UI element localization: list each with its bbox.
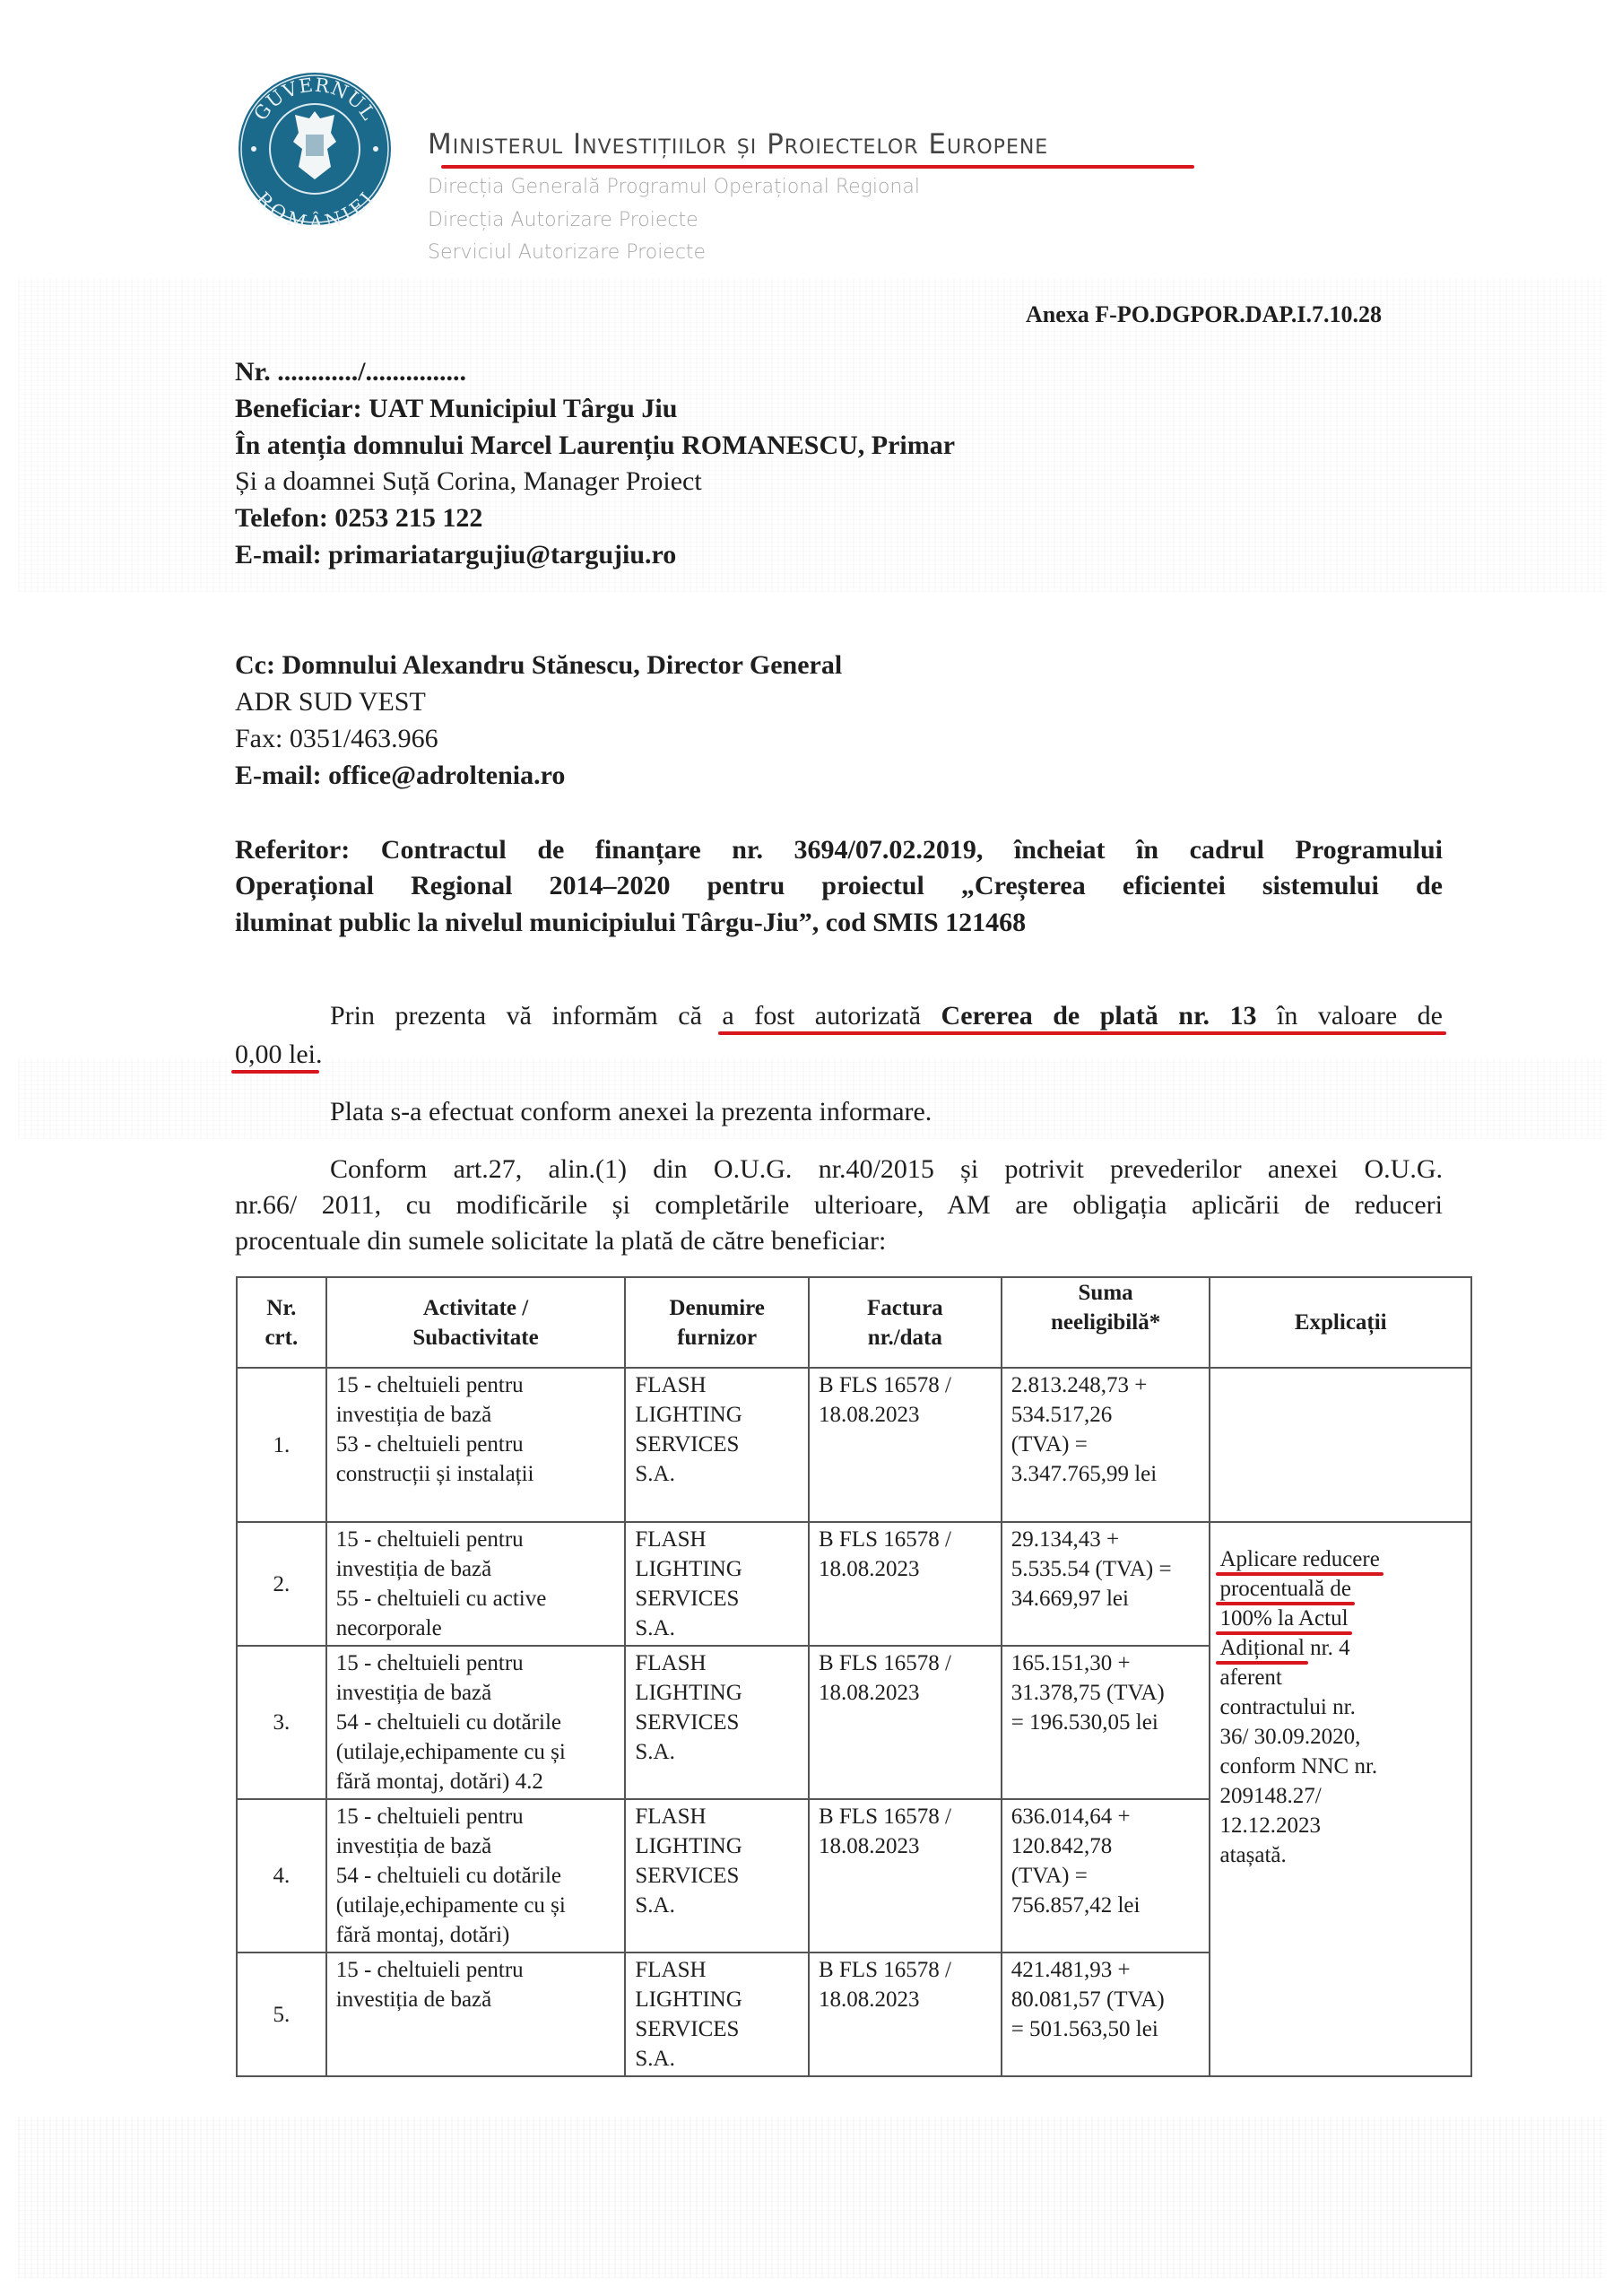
header-nr: Nr.crt. <box>237 1277 326 1368</box>
cell-text-line: = 501.563,50 lei <box>1011 2014 1201 2044</box>
cell-text-line: SERVICES <box>635 1584 799 1613</box>
attention-line: În atenția domnului Marcel Laurențiu ROM… <box>235 427 955 464</box>
ministry-name: Ministerul Investițiilor și Proiectelor … <box>428 128 1048 161</box>
cell-supplier: FLASHLIGHTINGSERVICESS.A. <box>625 1368 809 1522</box>
cell-supplier: FLASHLIGHTINGSERVICESS.A. <box>625 1646 809 1799</box>
cell-activity: 15 - cheltuieli pentruinvestiția de bază… <box>326 1368 626 1522</box>
cell-text-line: 5.535.54 (TVA) = <box>1011 1554 1201 1584</box>
cell-invoice: B FLS 16578 /18.08.2023 <box>809 1368 1002 1522</box>
cell-text-line: 756.857,42 lei <box>1011 1891 1201 1920</box>
cell-nr: 3. <box>237 1646 326 1799</box>
cc-line: Cc: Domnului Alexandru Stănescu, Directo… <box>235 647 842 683</box>
cell-amount: 636.014,64 +120.842,78(TVA) =756.857,42 … <box>1002 1799 1210 1952</box>
cell-text-line: S.A. <box>635 1613 799 1643</box>
reference-line-2: Operațional Regional 2014–2020 pentru pr… <box>235 868 1443 904</box>
reduction-paragraph-line-1: Conform art.27, alin.(1) din O.U.G. nr.4… <box>235 1152 1443 1187</box>
cell-text-line: 18.08.2023 <box>819 1678 992 1708</box>
cell-text-line: LIGHTING <box>635 1985 799 2014</box>
cell-text-line: B FLS 16578 / <box>819 1370 992 1400</box>
reductions-table: Nr.crt. Activitate /Subactivitate Denumi… <box>236 1276 1472 2077</box>
also-attention-line: Și a doamnei Suță Corina, Manager Proiec… <box>235 463 702 500</box>
header-supplier: Denumirefurnizor <box>625 1277 809 1368</box>
cell-text-line: 15 - cheltuieli pentru <box>336 1955 616 1985</box>
cell-text-line: atașată. <box>1219 1840 1462 1870</box>
reference-line-1: Referitor: Contractul de finanțare nr. 3… <box>235 832 1443 868</box>
cell-text-line: 54 - cheltuieli cu dotările <box>336 1708 616 1737</box>
cell-text-line: FLASH <box>635 1525 799 1554</box>
cell-activity: 15 - cheltuieli pentruinvestiția de bază… <box>326 1646 626 1799</box>
cell-nr: 5. <box>237 1952 326 2076</box>
cell-text-line: FLASH <box>635 1802 799 1831</box>
cell-text-line: investiția de bază <box>336 1985 616 2014</box>
cell-text-line: investiția de bază <box>336 1831 616 1861</box>
cell-activity: 15 - cheltuieli pentruinvestiția de bază… <box>326 1522 626 1646</box>
reference-line-3: iluminat public la nivelul municipiului … <box>235 905 1443 941</box>
cell-amount: 165.151,30 +31.378,75 (TVA)= 196.530,05 … <box>1002 1646 1210 1799</box>
scan-noise <box>18 2117 1605 2278</box>
cell-text-line: 15 - cheltuieli pentru <box>336 1802 616 1831</box>
directorate-general: Direcția Generală Programul Operațional … <box>428 176 920 198</box>
cell-text-line: 12.12.2023 <box>1219 1811 1462 1840</box>
payment-amount: 0,00 lei. <box>235 1036 323 1073</box>
cell-text-line: LIGHTING <box>635 1831 799 1861</box>
cell-text-line: SERVICES <box>635 1861 799 1891</box>
cell-text-line: fără montaj, dotări) <box>336 1920 616 1950</box>
document-number: Nr. ............/............... <box>235 353 466 390</box>
cell-text-line: (utilaje,echipamente cu și <box>336 1737 616 1767</box>
cell-nr: 1. <box>237 1368 326 1522</box>
explanation-line: Aplicare reducere <box>1219 1544 1462 1574</box>
cc-organization: ADR SUD VEST <box>235 683 426 720</box>
cell-text-line: 15 - cheltuieli pentru <box>336 1370 616 1400</box>
cell-amount: 2.813.248,73 +534.517,26(TVA) =3.347.765… <box>1002 1368 1210 1522</box>
explanation-line: Adițional nr. 4 <box>1219 1633 1462 1663</box>
directorate: Direcția Autorizare Proiecte <box>428 209 698 231</box>
cell-text-line: FLASH <box>635 1955 799 1985</box>
cell-supplier: FLASHLIGHTINGSERVICESS.A. <box>625 1522 809 1646</box>
cell-invoice: B FLS 16578 /18.08.2023 <box>809 1799 1002 1952</box>
cell-text-line: LIGHTING <box>635 1554 799 1584</box>
cell-text-line: construcții și instalații <box>336 1459 616 1489</box>
table-row: 2.15 - cheltuieli pentruinvestiția de ba… <box>237 1522 1471 1646</box>
explanation-line: 100% la Actul <box>1219 1604 1462 1633</box>
cell-text-line: 36/ 30.09.2020, <box>1219 1722 1462 1752</box>
cell-text-line: 31.378,75 (TVA) <box>1011 1678 1201 1708</box>
header-amount: Sumaneeligibilă* <box>1002 1277 1210 1368</box>
cell-text-line: B FLS 16578 / <box>819 1802 992 1831</box>
cell-text-line: 3.347.765,99 lei <box>1011 1459 1201 1489</box>
cell-text-line: FLASH <box>635 1370 799 1400</box>
cell-text-line: SERVICES <box>635 1708 799 1737</box>
annotation-underline <box>441 165 1194 169</box>
cell-text-line: 54 - cheltuieli cu dotările <box>336 1861 616 1891</box>
cell-text-line: 18.08.2023 <box>819 1554 992 1584</box>
cell-text-line: B FLS 16578 / <box>819 1648 992 1678</box>
payment-authorization-paragraph: Prin prezenta vă informăm că a fost auto… <box>235 998 1443 1034</box>
underlined-authorized: a fost autorizată Cererea de plată nr. 1… <box>722 1001 1443 1031</box>
cell-nr: 4. <box>237 1799 326 1952</box>
cell-text-line: SERVICES <box>635 1430 799 1459</box>
annex-code: Anexa F-PO.DGPOR.DAP.I.7.10.28 <box>1026 301 1382 328</box>
cell-amount: 29.134,43 +5.535.54 (TVA) =34.669,97 lei <box>1002 1522 1210 1646</box>
cell-invoice: B FLS 16578 /18.08.2023 <box>809 1522 1002 1646</box>
cell-text-line: 18.08.2023 <box>819 1400 992 1430</box>
cell-text-line: B FLS 16578 / <box>819 1525 992 1554</box>
explanation-line: procentuală de <box>1219 1574 1462 1604</box>
cell-text-line: (utilaje,echipamente cu și <box>336 1891 616 1920</box>
cell-text-line: B FLS 16578 / <box>819 1955 992 1985</box>
cell-text-line: 209148.27/ <box>1219 1781 1462 1811</box>
cell-text-line: S.A. <box>635 1737 799 1767</box>
header-activity: Activitate /Subactivitate <box>326 1277 626 1368</box>
cell-text-line: 120.842,78 <box>1011 1831 1201 1861</box>
cell-text-line: S.A. <box>635 1459 799 1489</box>
email[interactable]: E-mail: primariatargujiu@targujiu.ro <box>235 536 676 573</box>
cell-text-line: 18.08.2023 <box>819 1985 992 2014</box>
cell-text-line: 15 - cheltuieli pentru <box>336 1648 616 1678</box>
beneficiary: Beneficiar: UAT Municipiul Târgu Jiu <box>235 390 677 427</box>
cell-text-line: 53 - cheltuieli pentru <box>336 1430 616 1459</box>
cell-text-line: 534.517,26 <box>1011 1400 1201 1430</box>
cell-amount: 421.481,93 +80.081,57 (TVA)= 501.563,50 … <box>1002 1952 1210 2076</box>
cell-text-line: necorporale <box>336 1613 616 1643</box>
cell-explanation: Aplicare reducereprocentuală de100% la A… <box>1210 1522 1471 2076</box>
cell-supplier: FLASHLIGHTINGSERVICESS.A. <box>625 1952 809 2076</box>
cell-text-line: S.A. <box>635 1891 799 1920</box>
cell-text-line: LIGHTING <box>635 1400 799 1430</box>
cc-fax: Fax: 0351/463.966 <box>235 720 438 757</box>
cell-text-line: LIGHTING <box>635 1678 799 1708</box>
cell-text-line: 421.481,93 + <box>1011 1955 1201 1985</box>
cell-text-line: (TVA) = <box>1011 1430 1201 1459</box>
cell-activity: 15 - cheltuieli pentruinvestiția de bază… <box>326 1799 626 1952</box>
cell-text-line: aferent <box>1219 1663 1462 1692</box>
cell-text-line: 15 - cheltuieli pentru <box>336 1525 616 1554</box>
header-invoice: Facturanr./data <box>809 1277 1002 1368</box>
cell-activity: 15 - cheltuieli pentruinvestiția de bază <box>326 1952 626 2076</box>
cell-text-line: investiția de bază <box>336 1678 616 1708</box>
cell-text-line: = 196.530,05 lei <box>1011 1708 1201 1737</box>
cell-text-line: 80.081,57 (TVA) <box>1011 1985 1201 2014</box>
table-header-row: Nr.crt. Activitate /Subactivitate Denumi… <box>237 1277 1471 1368</box>
reduction-paragraph-line-3: procentuale din sumele solicitate la pla… <box>235 1223 1443 1259</box>
cell-text-line: (TVA) = <box>1011 1861 1201 1891</box>
service: Serviciul Autorizare Proiecte <box>428 241 706 264</box>
cell-text-line: contractului nr. <box>1219 1692 1462 1722</box>
cell-text-line: 34.669,97 lei <box>1011 1584 1201 1613</box>
cell-nr: 2. <box>237 1522 326 1646</box>
cell-text-line: 165.151,30 + <box>1011 1648 1201 1678</box>
cc-email[interactable]: E-mail: office@adroltenia.ro <box>235 757 565 794</box>
cell-text-line: SERVICES <box>635 2014 799 2044</box>
cell-text-line: 2.813.248,73 + <box>1011 1370 1201 1400</box>
cell-explanation-empty <box>1210 1368 1471 1522</box>
cell-text-line: 55 - cheltuieli cu active <box>336 1584 616 1613</box>
cell-text-line: 29.134,43 + <box>1011 1525 1201 1554</box>
table-row: 1.15 - cheltuieli pentruinvestiția de ba… <box>237 1368 1471 1522</box>
cell-text-line: investiția de bază <box>336 1554 616 1584</box>
cell-text-line: conform NNC nr. <box>1219 1752 1462 1781</box>
cell-supplier: FLASHLIGHTINGSERVICESS.A. <box>625 1799 809 1952</box>
reduction-paragraph-line-2: nr.66/ 2011, cu modificările și completă… <box>235 1187 1443 1223</box>
cell-invoice: B FLS 16578 /18.08.2023 <box>809 1646 1002 1799</box>
header-explanation: Explicații <box>1210 1277 1471 1368</box>
guvernul-romaniei-seal-icon: GUVERNUL ROMÂNIEI <box>238 72 392 226</box>
cell-text-line: FLASH <box>635 1648 799 1678</box>
cell-text-line: 636.014,64 + <box>1011 1802 1201 1831</box>
cell-invoice: B FLS 16578 /18.08.2023 <box>809 1952 1002 2076</box>
cell-text-line: investiția de bază <box>336 1400 616 1430</box>
phone: Telefon: 0253 215 122 <box>235 500 482 536</box>
cell-text-line: 18.08.2023 <box>819 1831 992 1861</box>
cell-text-line: S.A. <box>635 2044 799 2074</box>
payment-note: Plata s-a efectuat conform anexei la pre… <box>330 1093 932 1130</box>
cell-text-line: fără montaj, dotări) 4.2 <box>336 1767 616 1796</box>
